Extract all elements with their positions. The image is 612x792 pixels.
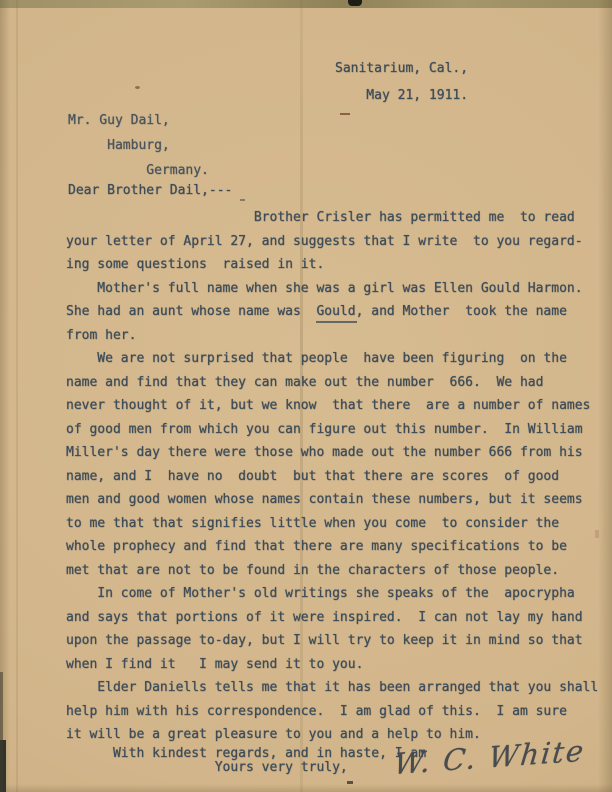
paper-stain-speck [135,86,140,89]
letter-line: men and good women whose names contain t… [66,488,598,512]
letter-line: met that are not to be found in the char… [66,559,598,583]
address-line: Germany. [68,158,209,183]
letter-line: from her. [66,324,598,348]
paper-top-edge [0,0,612,8]
letter-body: Brother Crisler has permitted me to read… [66,206,598,775]
letter-line: help him with his correspondence. I am g… [66,700,598,724]
dateline-line: Sanitarium, Cal., [335,55,468,82]
paper-bottom-edge-shading [0,784,612,792]
letter-scan-page: Sanitarium, Cal., May 21, 1911. Mr. Guy … [0,0,612,792]
bottom-left-scan-shadow [0,672,3,792]
gould-underline-mark [316,321,357,323]
address-line: Mr. Guy Dail, [68,108,209,133]
dateline: Sanitarium, Cal., May 21, 1911. [335,55,468,109]
letter-line: your letter of April 27, and suggests th… [66,230,598,254]
letter-line: Mother's full name when she was a girl w… [66,277,598,301]
salutation: Dear Brother Dail,--- [68,182,232,200]
letter-line: name, and I have no doubt but that there… [66,465,598,489]
paper-left-edge-shading [0,0,10,792]
letter-line: We are not surprised that people have be… [66,347,598,371]
letter-line: Elder Daniells tells me that it has been… [66,676,598,700]
dateline-line: May 21, 1911. [335,82,468,109]
paper-stain-speck [240,199,245,201]
left-fold-crease [16,0,18,792]
letter-line: ing some questions raised in it. [66,253,598,277]
paper-stain-dash [340,113,350,115]
bottom-left-scan-edge [0,740,6,792]
letter-line: never thought of it, but we know that th… [66,394,598,418]
letter-line: of good men from which you can figure ou… [66,418,598,442]
letter-line: In come of Mother's old writings she spe… [66,582,598,606]
letter-line: to me that that signifies little when yo… [66,512,598,536]
paper-stain-speck [347,781,353,784]
letter-line: when I find it I may send it to you. [66,653,598,677]
recipient-address: Mr. Guy Dail, Hamburg, Germany. [68,108,209,183]
letter-line: upon the passage to-day, but I will try … [66,629,598,653]
letter-line: name and find that they can make out the… [66,371,598,395]
letter-line: Miller's day there were those who made o… [66,441,598,465]
paper-right-edge-shading [598,0,612,792]
letter-line: Brother Crisler has permitted me to read [66,206,598,230]
letter-line: whole prophecy and find that there are m… [66,535,598,559]
paper-tear-mark [348,0,362,6]
address-line: Hamburg, [68,133,209,158]
letter-line: She had an aunt whose name was Gould, an… [66,300,598,324]
letter-line: and says that portions of it were inspir… [66,606,598,630]
